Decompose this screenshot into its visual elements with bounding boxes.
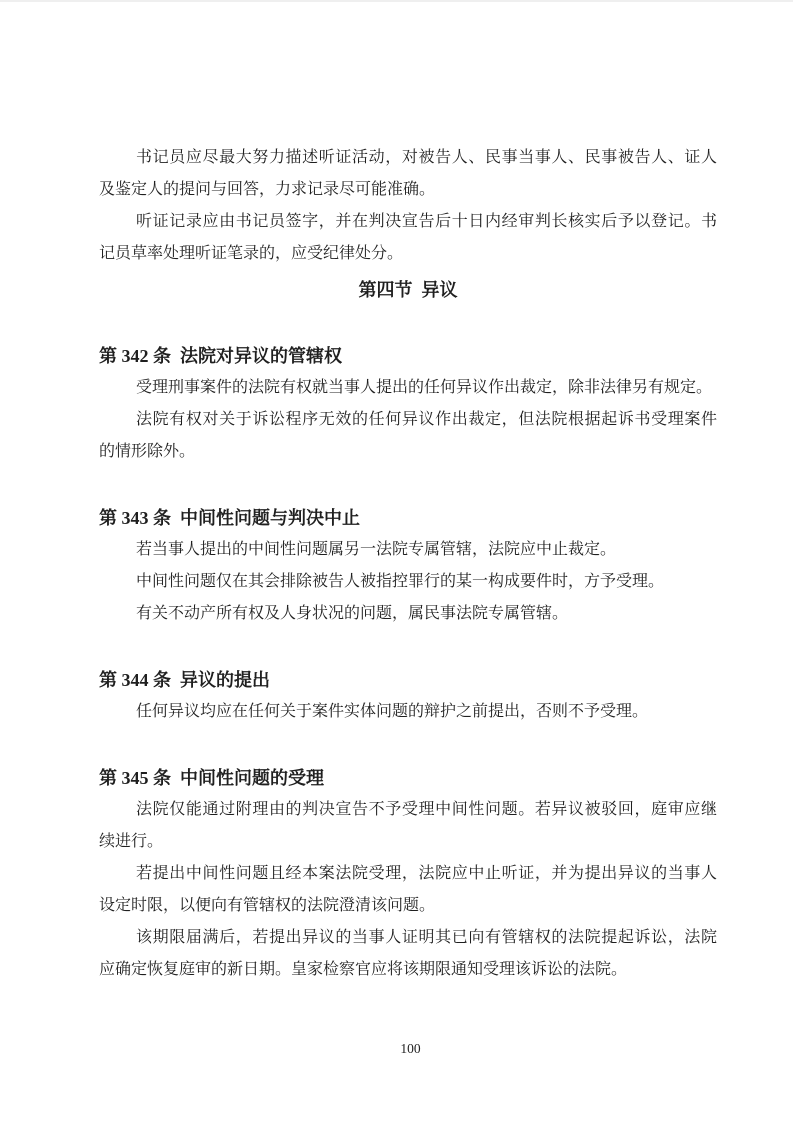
text-line: 续进行。 [99, 826, 717, 858]
text-line: 该期限届满后，若提出异议的当事人证明其已向有管辖权的法院提起诉讼，法院 [99, 922, 717, 954]
text-line: 的情形除外。 [99, 436, 717, 468]
paragraph: 有关不动产所有权及人身状况的问题，属民事法院专属管辖。 [99, 598, 717, 630]
document-body: 书记员应尽最大努力描述听证活动，对被告人、民事当事人、民事被告人、证人及鉴定人的… [99, 142, 717, 986]
text-line: 及鉴定人的提问与回答，力求记录尽可能准确。 [99, 174, 717, 206]
paragraph: 法院有权对关于诉讼程序无效的任何异议作出裁定，但法院根据起诉书受理案件的情形除外… [99, 404, 717, 468]
text-line: 设定时限，以便向有管辖权的法院澄清该问题。 [99, 890, 717, 922]
page-footer: 100 [0, 1040, 793, 1058]
document-page: 书记员应尽最大努力描述听证活动，对被告人、民事当事人、民事被告人、证人及鉴定人的… [0, 0, 793, 1122]
paragraph: 若当事人提出的中间性问题属另一法院专属管辖，法院应中止裁定。 [99, 534, 717, 566]
text-line: 记员草率处理听证笔录的，应受纪律处分。 [99, 238, 717, 270]
paragraph: 中间性问题仅在其会排除被告人被指控罪行的某一构成要件时，方予受理。 [99, 566, 717, 598]
article-heading: 第 343 条 中间性问题与判决中止 [99, 502, 717, 534]
text-line: 若提出中间性问题且经本案法院受理，法院应中止听证，并为提出异议的当事人 [99, 858, 717, 890]
text-line: 书记员应尽最大努力描述听证活动，对被告人、民事当事人、民事被告人、证人 [99, 142, 717, 174]
paragraph: 若提出中间性问题且经本案法院受理，法院应中止听证，并为提出异议的当事人设定时限，… [99, 858, 717, 922]
text-line: 应确定恢复庭审的新日期。皇家检察官应将该期限通知受理该诉讼的法院。 [99, 954, 717, 986]
text-line: 若当事人提出的中间性问题属另一法院专属管辖，法院应中止裁定。 [99, 534, 717, 566]
section-heading: 第四节 异议 [99, 274, 717, 306]
text-line: 任何异议均应在任何关于案件实体问题的辩护之前提出，否则不予受理。 [99, 696, 717, 728]
text-line: 中间性问题仅在其会排除被告人被指控罪行的某一构成要件时，方予受理。 [99, 566, 717, 598]
paragraph: 该期限届满后，若提出异议的当事人证明其已向有管辖权的法院提起诉讼，法院应确定恢复… [99, 922, 717, 986]
article-heading: 第 345 条 中间性问题的受理 [99, 762, 717, 794]
paragraph: 书记员应尽最大努力描述听证活动，对被告人、民事当事人、民事被告人、证人及鉴定人的… [99, 142, 717, 206]
article-heading: 第 342 条 法院对异议的管辖权 [99, 340, 717, 372]
text-line: 法院仅能通过附理由的判决宣告不予受理中间性问题。若异议被驳回，庭审应继 [99, 794, 717, 826]
text-line: 受理刑事案件的法院有权就当事人提出的任何异议作出裁定，除非法律另有规定。 [99, 372, 717, 404]
text-line: 听证记录应由书记员签字，并在判决宣告后十日内经审判长核实后予以登记。书 [99, 206, 717, 238]
article-heading: 第 344 条 异议的提出 [99, 664, 717, 696]
text-line: 有关不动产所有权及人身状况的问题，属民事法院专属管辖。 [99, 598, 717, 630]
paragraph: 法院仅能通过附理由的判决宣告不予受理中间性问题。若异议被驳回，庭审应继续进行。 [99, 794, 717, 858]
text-line: 法院有权对关于诉讼程序无效的任何异议作出裁定，但法院根据起诉书受理案件 [99, 404, 717, 436]
page-number: 100 [400, 1041, 420, 1056]
paragraph: 受理刑事案件的法院有权就当事人提出的任何异议作出裁定，除非法律另有规定。 [99, 372, 717, 404]
paragraph: 任何异议均应在任何关于案件实体问题的辩护之前提出，否则不予受理。 [99, 696, 717, 728]
paragraph: 听证记录应由书记员签字，并在判决宣告后十日内经审判长核实后予以登记。书记员草率处… [99, 206, 717, 270]
